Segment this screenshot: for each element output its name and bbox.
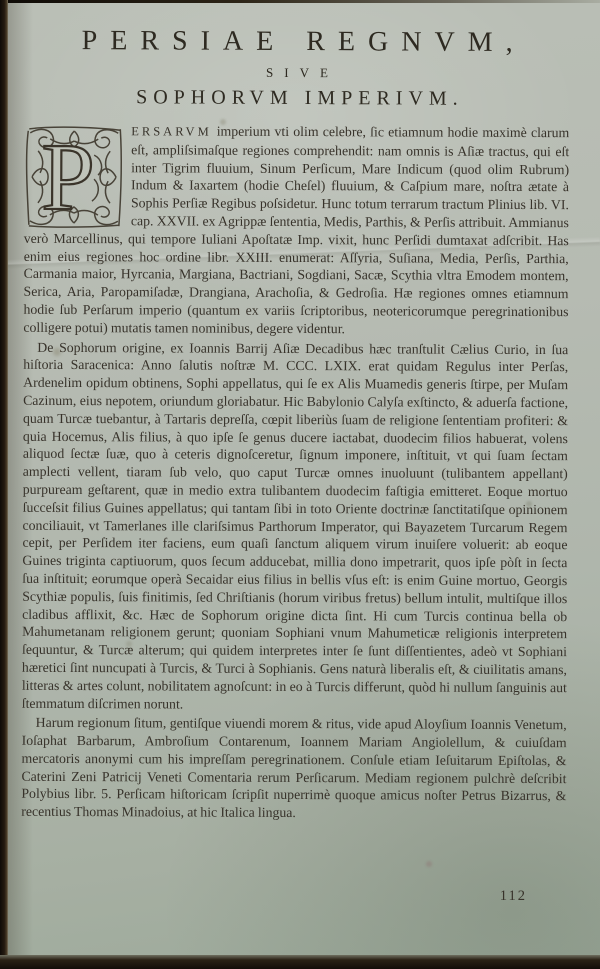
book-edge-bottom bbox=[0, 955, 600, 969]
book-photo: PERSIAE REGNVM, SIVE SOPHORVM IMPERIVM. bbox=[0, 0, 600, 969]
paragraph-1-lead-caps: ERSARVM bbox=[131, 124, 211, 138]
paragraph-2: De Sophorum origine, ex Ioannis Barrij A… bbox=[22, 338, 569, 714]
page-content: PERSIAE REGNVM, SIVE SOPHORVM IMPERIVM. bbox=[21, 25, 569, 823]
book-edge-top bbox=[0, 0, 600, 3]
paragraph-3: Harum regionum ſitum, gentiſque viuendi … bbox=[21, 714, 566, 823]
page-number: 112 bbox=[500, 888, 527, 905]
subtitle-main: SOPHORVM IMPERIVM. bbox=[24, 86, 569, 111]
paragraph-1: P ERSARVMimperium vti olim celebre, ſic … bbox=[23, 122, 569, 339]
page-title: PERSIAE REGNVM, bbox=[25, 25, 570, 59]
drop-cap-letter: P bbox=[41, 125, 95, 229]
drop-cap-initial: P bbox=[24, 125, 124, 229]
subtitle-sive: SIVE bbox=[24, 64, 569, 82]
body-text: P ERSARVMimperium vti olim celebre, ſic … bbox=[21, 122, 569, 823]
book-edge-left bbox=[0, 0, 8, 969]
